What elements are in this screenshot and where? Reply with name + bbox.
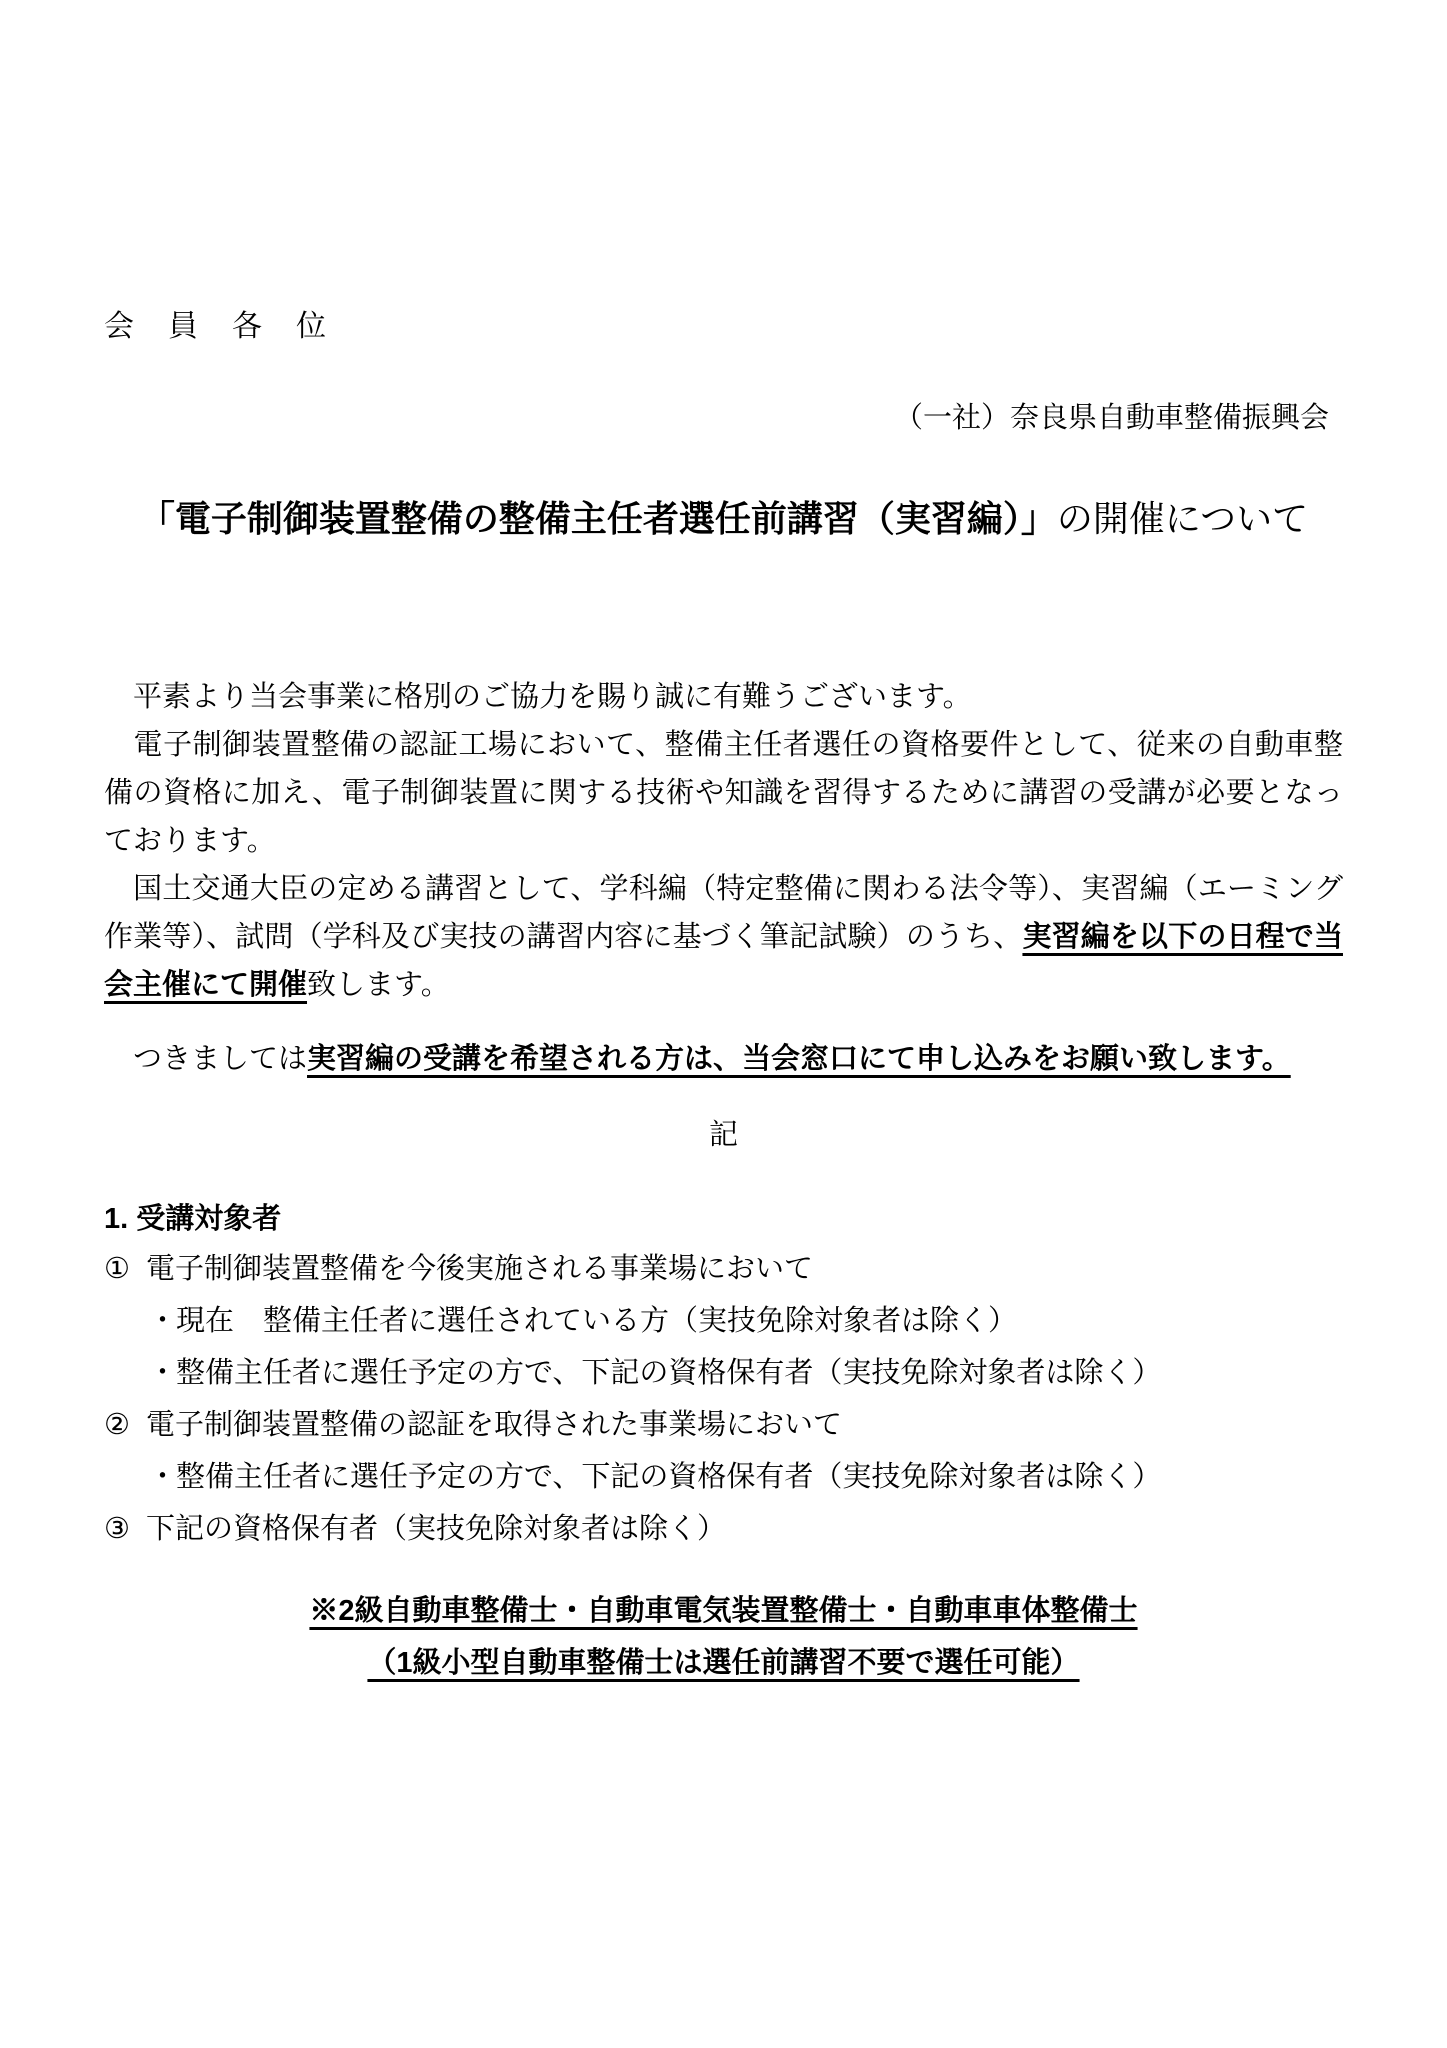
paragraph-request: つきましては実習編の受講を希望される方は、当会窓口にて申し込みをお願い致します。	[104, 1035, 1343, 1083]
section-heading-recipients: 1. 受講対象者	[104, 1195, 1343, 1243]
paragraph-greeting: 平素より当会事業に格別のご協力を賜り誠に有難うございます。	[104, 673, 1343, 721]
document-title-regular: の開催について	[1057, 498, 1308, 539]
body-paragraphs: 平素より当会事業に格別のご協力を賜り誠に有難うございます。 電子制御装置整備の認…	[104, 673, 1343, 1009]
list-item-marker: ・	[148, 1347, 176, 1399]
list-item-text: 整備主任者に選任予定の方で、下記の資格保有者（実技免除対象者は除く）	[176, 1461, 1161, 1493]
list-item-marker: ・	[148, 1451, 176, 1503]
list-item-marker: ②	[104, 1399, 146, 1451]
list-item-marker: ・	[148, 1295, 176, 1347]
document-title-emphasis: 「電子制御装置整備の整備主任者選任前講習（実習編）」	[139, 498, 1057, 539]
qualification-note-line1-text: ※2級自動車整備士・自動車電気装置整備士・自動車車体整備士	[309, 1595, 1137, 1627]
list-item-text: 電子制御装置整備を今後実施される事業場において	[146, 1253, 813, 1285]
paragraph-request-normal: つきましては	[104, 1043, 307, 1075]
list-item-text: 整備主任者に選任予定の方で、下記の資格保有者（実技免除対象者は除く）	[176, 1357, 1161, 1389]
paragraph-course-tail: 致します。	[307, 969, 450, 1001]
qualification-note-line2-text: （1級小型自動車整備士は選任前講習不要で選任可能）	[367, 1647, 1079, 1679]
qualification-note-line1: ※2級自動車整備士・自動車電気装置整備士・自動車車体整備士	[104, 1585, 1343, 1637]
eligibility-list: ①電子制御装置整備を今後実施される事業場において ・現在 整備主任者に選任されて…	[104, 1243, 1343, 1555]
paragraph-background: 電子制御装置整備の認証工場において、整備主任者選任の資格要件として、従来の自動車…	[104, 721, 1343, 865]
recipient-line: 会 員 各 位	[104, 312, 1343, 342]
list-item: ③下記の資格保有者（実技免除対象者は除く）	[104, 1503, 1343, 1555]
list-item: ・整備主任者に選任予定の方で、下記の資格保有者（実技免除対象者は除く）	[148, 1347, 1343, 1399]
sender-organization: （一社）奈良県自動車整備振興会	[104, 404, 1343, 433]
qualification-note-line2: （1級小型自動車整備士は選任前講習不要で選任可能）	[104, 1637, 1343, 1689]
list-item-marker: ①	[104, 1243, 146, 1295]
list-item-text: 電子制御装置整備の認証を取得された事業場において	[146, 1409, 842, 1441]
ki-marker: 記	[104, 1111, 1343, 1159]
list-item: ②電子制御装置整備の認証を取得された事業場において	[104, 1399, 1343, 1451]
list-item: ・整備主任者に選任予定の方で、下記の資格保有者（実技免除対象者は除く）	[148, 1451, 1343, 1503]
list-item-text: 現在 整備主任者に選任されている方（実技免除対象者は除く）	[176, 1305, 1017, 1337]
paragraph-course: 国土交通大臣の定める講習として、学科編（特定整備に関わる法令等）、実習編（エーミ…	[104, 865, 1343, 1009]
document-page: 会 員 各 位 （一社）奈良県自動車整備振興会 「電子制御装置整備の整備主任者選…	[0, 0, 1447, 2048]
list-item: ・現在 整備主任者に選任されている方（実技免除対象者は除く）	[148, 1295, 1343, 1347]
document-title: 「電子制御装置整備の整備主任者選任前講習（実習編）」の開催について	[104, 501, 1343, 537]
list-item-marker: ③	[104, 1503, 146, 1555]
paragraph-request-emphasis: 実習編の受講を希望される方は、当会窓口にて申し込みをお願い致します。	[307, 1043, 1291, 1075]
list-item: ①電子制御装置整備を今後実施される事業場において	[104, 1243, 1343, 1295]
list-item-text: 下記の資格保有者（実技免除対象者は除く）	[146, 1513, 726, 1545]
qualification-note: ※2級自動車整備士・自動車電気装置整備士・自動車車体整備士 （1級小型自動車整備…	[104, 1585, 1343, 1689]
